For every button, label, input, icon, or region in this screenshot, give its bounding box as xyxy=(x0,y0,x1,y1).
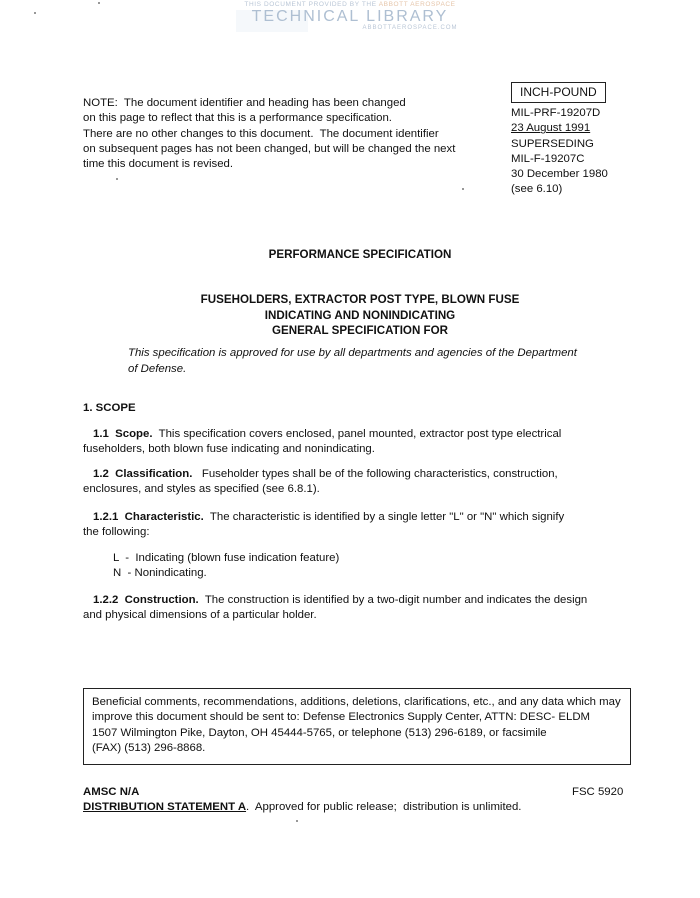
list-item: L - Indicating (blown fuse indication fe… xyxy=(113,551,339,566)
para-label: 1.2.2 Construction. xyxy=(93,594,199,606)
section-heading-scope: 1. SCOPE xyxy=(83,402,136,414)
doc-date: 23 August 1991 xyxy=(511,121,608,136)
see-reference: (see 6.10) xyxy=(511,182,608,197)
feedback-line: 1507 Wilmington Pike, Dayton, OH 45444-5… xyxy=(92,726,622,741)
paragraph-1-1: 1.1 Scope. This specification covers enc… xyxy=(83,427,613,458)
approval-line: of Defense. xyxy=(128,362,608,378)
feedback-line: improve this document should be sent to:… xyxy=(92,710,622,725)
note-line: on this page to reflect that this is a p… xyxy=(83,111,483,126)
scan-speck xyxy=(462,188,464,190)
title-line: FUSEHOLDERS, EXTRACTOR POST TYPE, BLOWN … xyxy=(0,292,700,308)
superseded-date: 30 December 1980 xyxy=(511,167,608,182)
distribution-label: DISTRIBUTION STATEMENT A xyxy=(83,801,246,813)
para-text: The construction is identified by a two-… xyxy=(199,594,588,606)
characteristic-list: L - Indicating (blown fuse indication fe… xyxy=(113,551,339,582)
para-text: and physical dimensions of a particular … xyxy=(83,608,613,623)
title-line: GENERAL SPECIFICATION FOR xyxy=(0,323,700,339)
watermark-brand: ABBOTT AEROSPACE xyxy=(379,1,456,8)
superseded-id: MIL-F-19207C xyxy=(511,152,608,167)
watermark-prefix: THIS DOCUMENT PROVIDED BY THE xyxy=(244,1,376,8)
spec-type-heading: PERFORMANCE SPECIFICATION xyxy=(0,248,700,261)
document-identifier-block: INCH-POUND MIL-PRF-19207D 23 August 1991… xyxy=(511,82,608,197)
para-label: 1.2.1 Characteristic. xyxy=(93,511,204,523)
distribution-text: . Approved for public release; distribut… xyxy=(246,801,521,813)
feedback-line: Beneficial comments, recommendations, ad… xyxy=(92,695,622,710)
change-note: NOTE: The document identifier and headin… xyxy=(83,96,483,172)
watermark-url: ABBOTTAEROSPACE.COM xyxy=(120,25,700,31)
scan-speck xyxy=(98,2,100,4)
feedback-line: (FAX) (513) 296-8868. xyxy=(92,741,622,756)
feedback-box: Beneficial comments, recommendations, ad… xyxy=(83,688,631,765)
doc-id: MIL-PRF-19207D xyxy=(511,106,608,121)
distribution-statement: DISTRIBUTION STATEMENT A. Approved for p… xyxy=(83,801,521,813)
note-line: on subsequent pages has not been changed… xyxy=(83,142,483,157)
paragraph-1-2-2: 1.2.2 Construction. The construction is … xyxy=(83,593,613,624)
title-line: INDICATING AND NONINDICATING xyxy=(0,308,700,324)
superseding-label: SUPERSEDING xyxy=(511,137,608,152)
paragraph-1-2-1: 1.2.1 Characteristic. The characteristic… xyxy=(83,510,613,541)
para-label: 1.2 Classification. xyxy=(93,468,192,480)
para-text: fuseholders, both blown fuse indicating … xyxy=(83,442,613,457)
list-item: N - Nonindicating. xyxy=(113,566,339,581)
note-line: There are no other changes to this docum… xyxy=(83,127,483,142)
document-title: FUSEHOLDERS, EXTRACTOR POST TYPE, BLOWN … xyxy=(0,292,700,339)
para-text: The characteristic is identified by a si… xyxy=(204,511,564,523)
para-label: 1.1 Scope. xyxy=(93,428,153,440)
note-line: time this document is revised. xyxy=(83,157,483,172)
note-line: NOTE: The document identifier and headin… xyxy=(83,96,483,111)
scan-speck xyxy=(116,178,118,180)
units-box: INCH-POUND xyxy=(511,82,606,103)
para-text: enclosures, and styles as specified (see… xyxy=(83,482,613,497)
scan-speck xyxy=(296,820,298,822)
amsc-label: AMSC N/A xyxy=(83,786,139,798)
scan-speck xyxy=(34,12,36,14)
approval-line: This specification is approved for use b… xyxy=(128,346,608,362)
watermark-title: TECHNICAL LIBRARY xyxy=(0,9,700,25)
fsc-code: FSC 5920 xyxy=(572,786,623,798)
para-text: Fuseholder types shall be of the followi… xyxy=(192,468,557,480)
paragraph-1-2: 1.2 Classification. Fuseholder types sha… xyxy=(83,467,613,498)
approval-statement: This specification is approved for use b… xyxy=(128,346,608,377)
para-text: the following: xyxy=(83,525,613,540)
watermark: THIS DOCUMENT PROVIDED BY THE ABBOTT AER… xyxy=(0,2,700,31)
para-text: This specification covers enclosed, pane… xyxy=(153,428,562,440)
